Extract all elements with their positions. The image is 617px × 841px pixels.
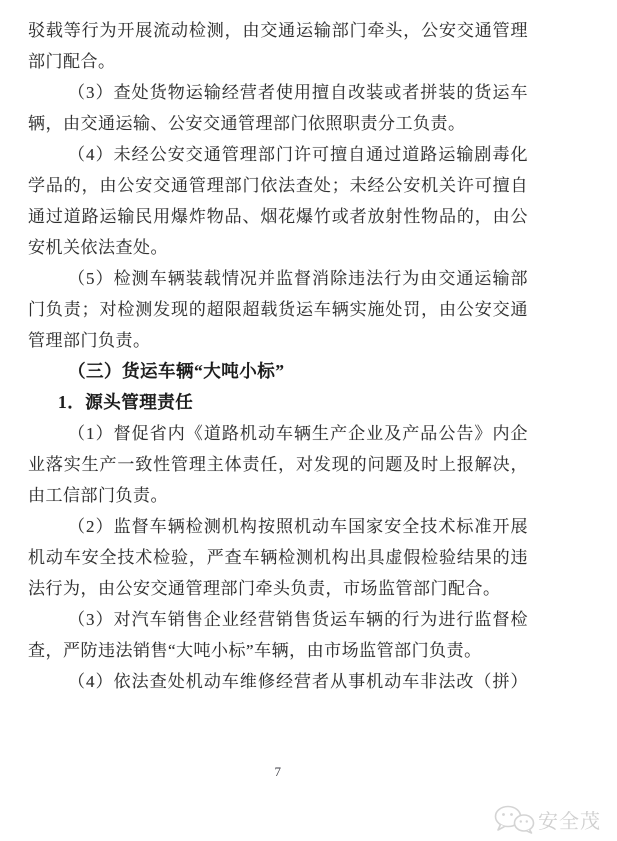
document-line: 门负责；对检测发现的超限超载货运车辆实施处罚，由公安交通 — [28, 294, 528, 325]
watermark-brand-label: 安全茂 — [538, 805, 601, 834]
document-line: 由工信部门负责。 — [28, 480, 528, 511]
page-number: 7 — [28, 764, 528, 780]
subsection-heading: 1．源头管理责任 — [28, 387, 528, 418]
document-line: 通过道路运输民用爆炸物品、烟花爆竹或者放射性物品的，由公 — [28, 201, 528, 232]
document-line: （3）查处货物运输经营者使用擅自改装或者拼装的货运车 — [28, 77, 528, 108]
section-heading: （三）货运车辆“大吨小标” — [28, 356, 528, 387]
document-line: （5）检测车辆装载情况并监督消除违法行为由交通运输部 — [28, 263, 528, 294]
watermark: 安全茂 — [493, 804, 601, 834]
wechat-icon — [493, 804, 535, 834]
document-body: 驳载等行为开展流动检测，由交通运输部门牵头，公安交通管理 部门配合。 （3）查处… — [28, 15, 528, 697]
document-line: （2）监督车辆检测机构按照机动车国家安全技术标准开展 — [28, 511, 528, 542]
document-line: 部门配合。 — [28, 46, 528, 77]
document-page: 驳载等行为开展流动检测，由交通运输部门牵头，公安交通管理 部门配合。 （3）查处… — [0, 0, 617, 841]
document-line: 辆，由交通运输、公安交通管理部门依照职责分工负责。 — [28, 108, 528, 139]
document-line: 安机关依法查处。 — [28, 232, 528, 263]
document-line: （3）对汽车销售企业经营销售货运车辆的行为进行监督检 — [28, 604, 528, 635]
document-line: 驳载等行为开展流动检测，由交通运输部门牵头，公安交通管理 — [28, 15, 528, 46]
document-line: （4）未经公安交通管理部门许可擅自通过道路运输剧毒化 — [28, 139, 528, 170]
document-line: 查，严防违法销售“大吨小标”车辆，由市场监管部门负责。 — [28, 635, 528, 666]
document-line: 学品的，由公安交通管理部门依法查处；未经公安机关许可擅自 — [28, 170, 528, 201]
document-line: （4）依法查处机动车维修经营者从事机动车非法改（拼） — [28, 666, 528, 697]
document-line: 法行为，由公安交通管理部门牵头负责，市场监管部门配合。 — [28, 573, 528, 604]
document-line: 机动车安全技术检验，严查车辆检测机构出具虚假检验结果的违 — [28, 542, 528, 573]
document-line: （1）督促省内《道路机动车辆生产企业及产品公告》内企 — [28, 418, 528, 449]
document-line: 业落实生产一致性管理主体责任，对发现的问题及时上报解决， — [28, 449, 528, 480]
document-line: 管理部门负责。 — [28, 325, 528, 356]
